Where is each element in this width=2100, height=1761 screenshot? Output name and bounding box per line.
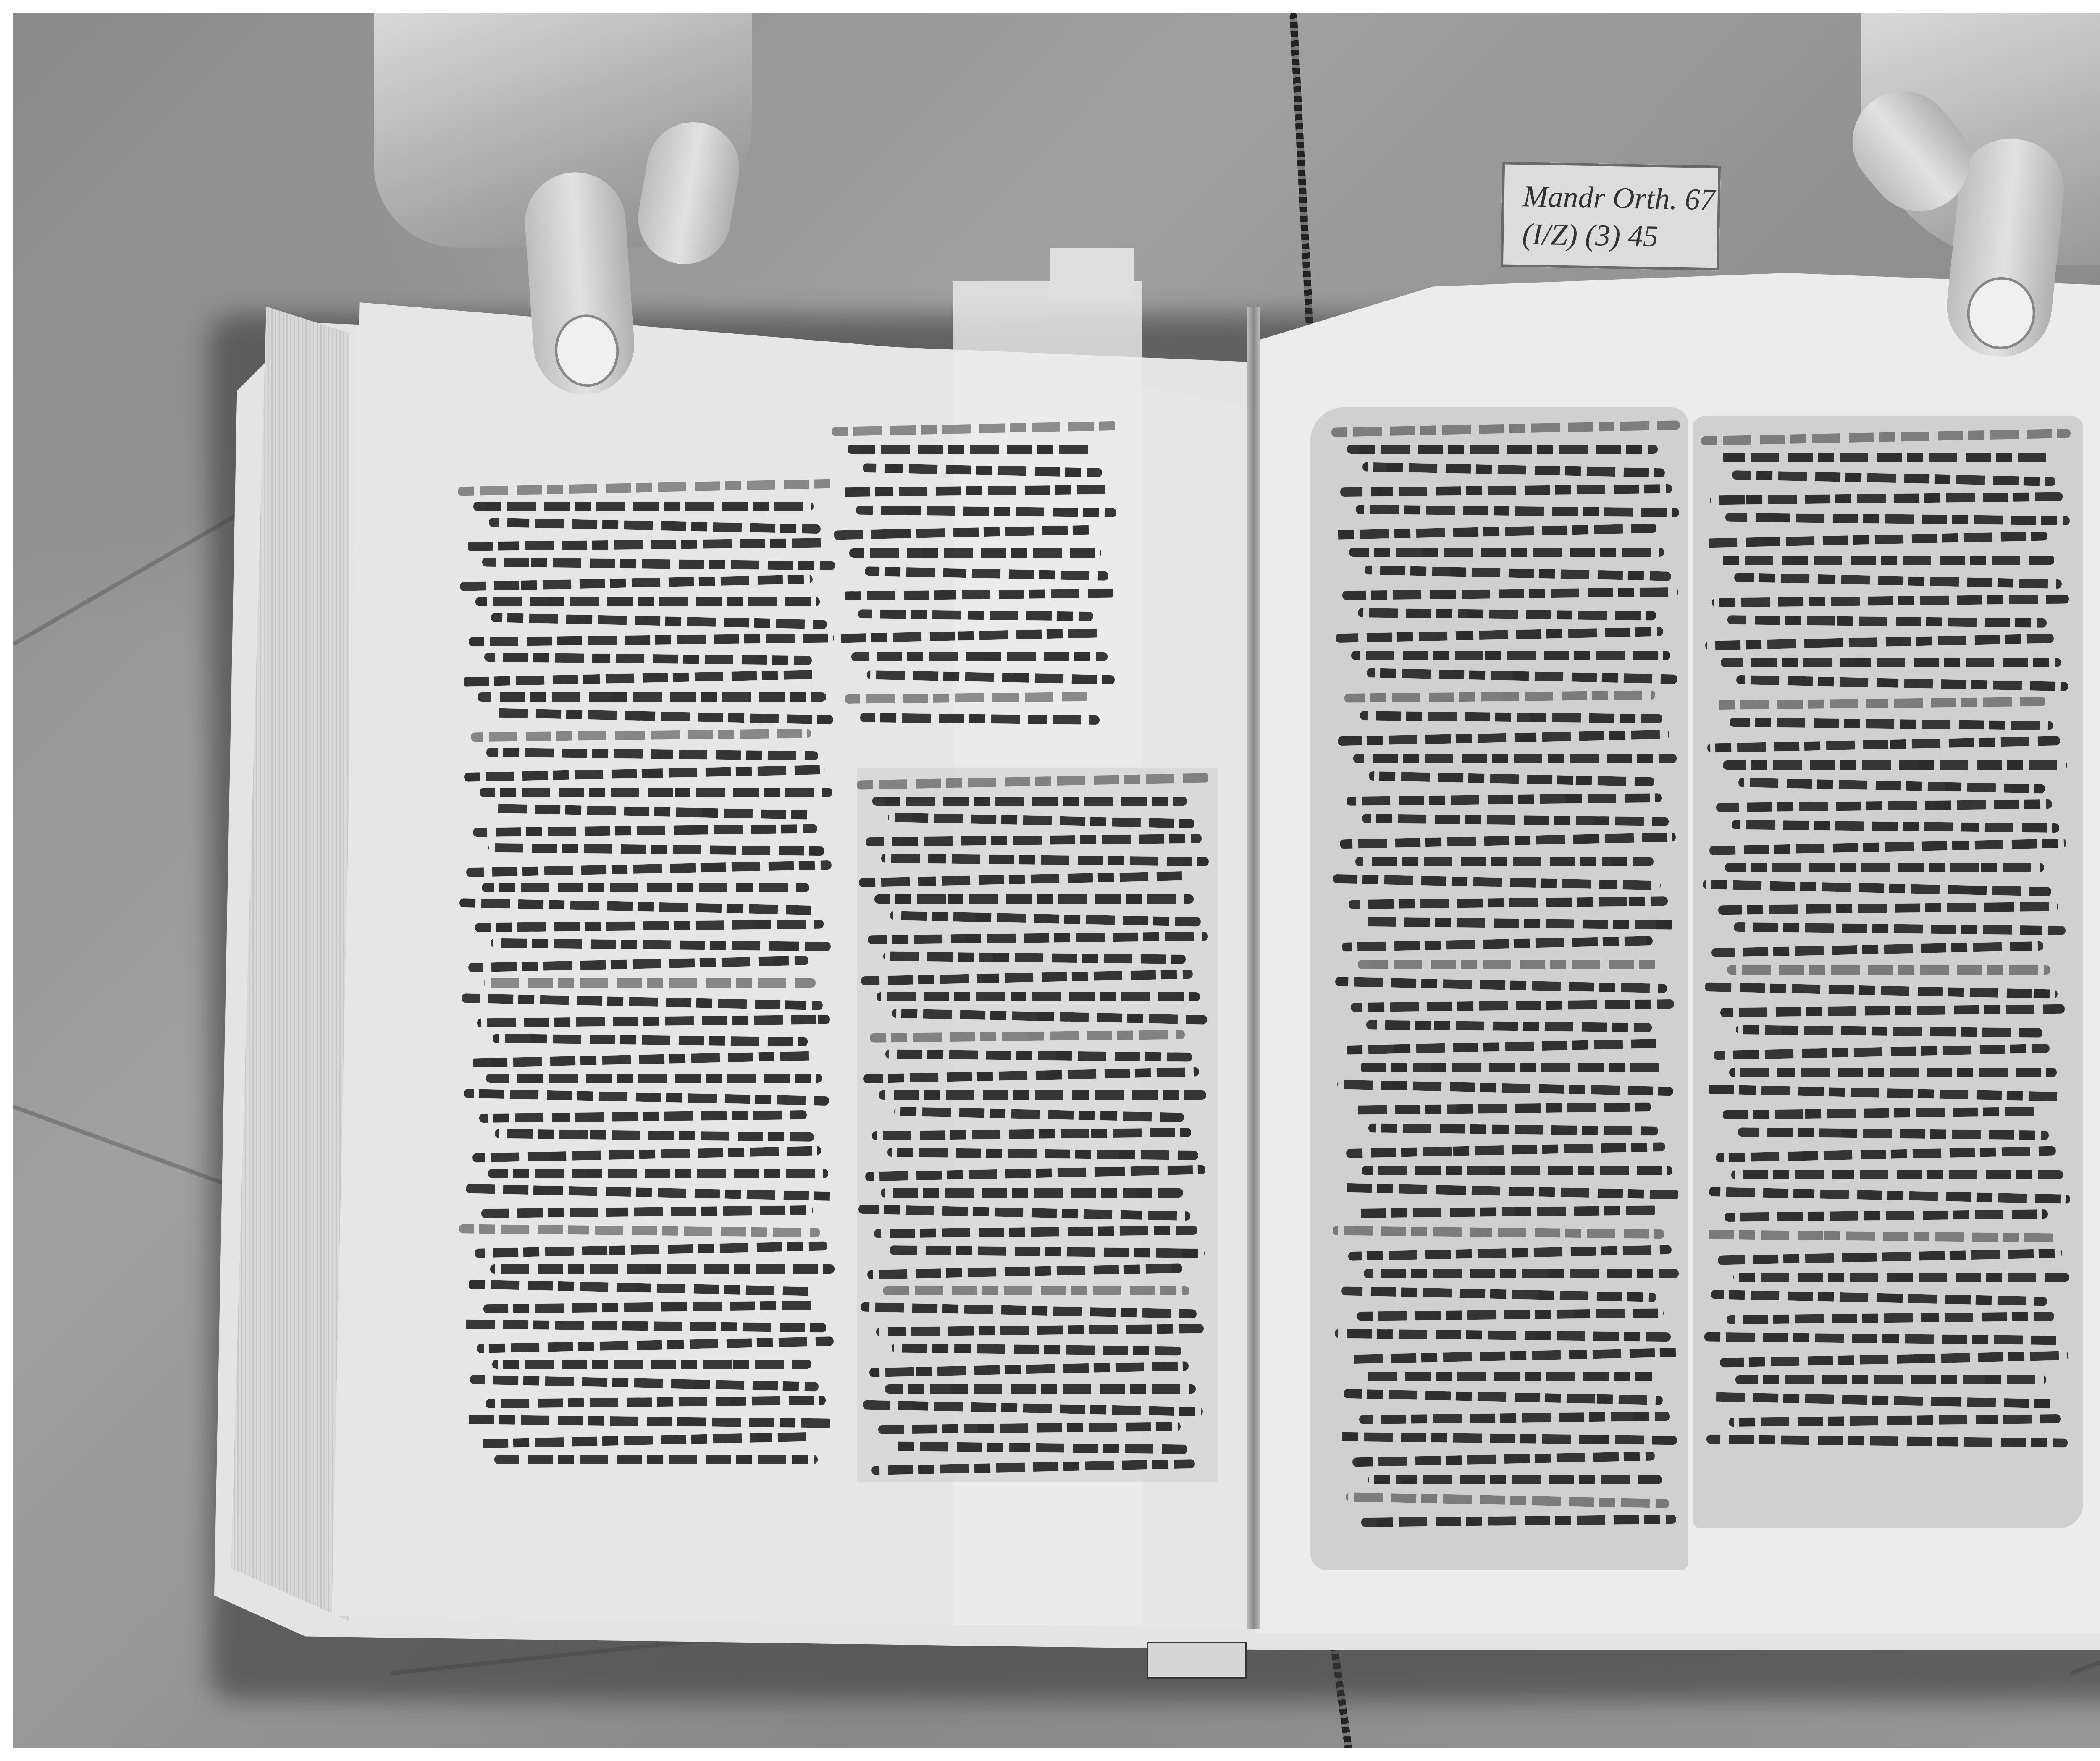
manuscript-text-line — [1368, 1123, 1658, 1135]
manuscript-text-line — [486, 748, 818, 760]
manuscript-text-line — [867, 1263, 1182, 1279]
manuscript-text-line — [894, 1107, 1184, 1122]
manuscript-text-line — [493, 1034, 808, 1046]
manuscript-text-line — [484, 653, 812, 665]
manuscript-text-line — [1712, 595, 2069, 608]
manuscript-text-line — [1338, 730, 1669, 746]
manuscript-text-line — [459, 899, 816, 915]
manuscript-text-line — [1716, 1146, 2056, 1163]
manuscript-text-line — [1364, 1269, 1679, 1278]
manuscript-text-line — [1333, 524, 1657, 540]
manuscript-text-line — [1362, 1166, 1672, 1175]
manuscript-text-line — [1704, 1332, 2061, 1345]
left-thumb-nail — [552, 312, 621, 389]
manuscript-text-line — [858, 1204, 1190, 1221]
book-gutter — [1247, 307, 1260, 1629]
manuscript-text-line — [1347, 793, 1662, 806]
manuscript-text-line — [493, 708, 833, 724]
manuscript-text-line — [1365, 565, 1671, 581]
manuscript-text-line — [1342, 936, 1653, 951]
manuscript-text-line — [856, 506, 1116, 517]
manuscript-text-line — [1359, 1412, 1670, 1424]
manuscript-text-line — [863, 1067, 1199, 1084]
label-line-1: Mandr Orth. 67 — [1522, 179, 1715, 217]
manuscript-text-line — [482, 557, 835, 570]
manuscript-text-line — [1357, 960, 1660, 969]
manuscript-text-line — [472, 1146, 821, 1163]
manuscript-text-line — [890, 1245, 1205, 1258]
manuscript-text-line — [870, 1030, 1185, 1043]
manuscript-text-line — [849, 548, 1101, 558]
manuscript-text-line — [1351, 999, 1674, 1012]
manuscript-text-line — [495, 1129, 814, 1142]
manuscript-text-line — [1725, 513, 2070, 526]
right-thumb-nail — [1963, 274, 2039, 353]
manuscript-text-line — [1718, 902, 2058, 915]
manuscript-text-line — [1718, 1248, 2062, 1265]
manuscript-text-line — [1367, 668, 1677, 684]
manuscript-text-line — [1349, 896, 1668, 909]
manuscript-text-line — [1362, 462, 1665, 478]
manuscript-text-line — [463, 1415, 833, 1428]
paper-tab-top — [1050, 248, 1134, 298]
text-column-right-outer — [1701, 432, 2071, 1457]
manuscript-text-line — [1352, 1451, 1655, 1467]
manuscript-text-line — [1707, 736, 2060, 753]
manuscript-text-line — [888, 813, 1194, 828]
bookmark-string — [1289, 13, 1314, 332]
manuscript-text-line — [877, 992, 1200, 1001]
manuscript-text-line — [480, 788, 832, 797]
manuscript-text-line — [479, 1110, 807, 1123]
manuscript-text-line — [1337, 1432, 1677, 1444]
manuscript-text-line — [863, 1400, 1203, 1417]
manuscript-text-line — [1729, 1068, 2057, 1077]
manuscript-text-line — [834, 525, 1094, 540]
manuscript-text-line — [1730, 718, 2053, 730]
manuscript-text-line — [467, 538, 828, 551]
manuscript-text-line — [1348, 1245, 1672, 1261]
manuscript-text-line — [1719, 556, 2055, 565]
manuscript-text-line — [488, 1169, 828, 1178]
text-column-right-inner — [1331, 424, 1680, 1537]
manuscript-text-line — [1360, 1063, 1666, 1072]
manuscript-text-line — [847, 445, 1095, 454]
manuscript-text-line — [1335, 977, 1667, 993]
manuscript-text-line — [468, 1280, 812, 1296]
manuscript-text-line — [1709, 1187, 2070, 1204]
manuscript-text-line — [462, 993, 823, 1010]
manuscript-text-line — [879, 1090, 1206, 1100]
label-line-2: (I/Z) (3) 45 — [1522, 217, 1658, 254]
manuscript-text-line — [1705, 634, 2054, 650]
manuscript-text-line — [1341, 1286, 1656, 1302]
manuscript-text-line — [1344, 690, 1655, 703]
manuscript-text-line — [1705, 982, 2058, 999]
manuscript-text-line — [1333, 874, 1661, 890]
manuscript-text-line — [1340, 833, 1676, 849]
manuscript-text-line — [1347, 445, 1658, 454]
manuscript-text-line — [865, 566, 1108, 581]
manuscript-text-line — [464, 1089, 829, 1106]
manuscript-text-line — [1703, 880, 2051, 896]
manuscript-text-line — [491, 938, 831, 951]
manuscript-text-line — [477, 1014, 830, 1027]
manuscript-text-line — [1336, 627, 1663, 643]
manuscript-text-line — [1720, 1004, 2065, 1017]
manuscript-text-line — [489, 517, 821, 534]
manuscript-text-line — [861, 969, 1193, 985]
manuscript-text-line — [1335, 1329, 1671, 1342]
manuscript-text-line — [1732, 820, 2059, 833]
manuscript-text-line — [1725, 863, 2044, 872]
manuscript-text-line — [1355, 857, 1654, 866]
manuscript-text-line — [840, 485, 1109, 497]
manuscript-text-line — [1725, 1209, 2048, 1222]
catalogue-label: Mandr Orth. 67 (I/Z) (3) 45 — [1501, 162, 1721, 270]
manuscript-text-line — [867, 670, 1115, 684]
manuscript-text-line — [495, 804, 810, 820]
manuscript-text-line — [1729, 1414, 2061, 1427]
manuscript-text-line — [883, 951, 1186, 964]
manuscript-text-line — [1734, 572, 2062, 588]
manuscript-text-line — [1357, 1308, 1664, 1321]
manuscript-text-line — [872, 1128, 1191, 1140]
manuscript-text-line — [1339, 1183, 1680, 1199]
manuscript-text-line — [459, 1224, 820, 1237]
manuscript-text-line — [1366, 1372, 1656, 1381]
manuscript-text-line — [868, 932, 1208, 944]
manuscript-text-line — [491, 613, 827, 629]
manuscript-text-line — [878, 1422, 1181, 1434]
text-column-left-outer — [458, 483, 836, 1474]
manuscript-text-line — [473, 502, 814, 511]
manuscript-text-line — [1735, 1375, 2046, 1384]
manuscript-text-line — [871, 1459, 1195, 1475]
manuscript-text-line — [1733, 1273, 2069, 1282]
manuscript-text-line — [470, 1375, 819, 1391]
manuscript-text-line — [1364, 917, 1675, 930]
manuscript-text-line — [894, 1441, 1188, 1454]
manuscript-text-line — [869, 1361, 1189, 1377]
manuscript-text-line — [490, 1264, 835, 1274]
manuscript-text-line — [845, 692, 1092, 704]
manuscript-text-line — [481, 1205, 813, 1218]
manuscript-text-line — [860, 713, 1100, 725]
manuscript-text-line — [492, 1360, 811, 1369]
manuscript-text-line — [1738, 1127, 2049, 1140]
left-thumb — [522, 169, 638, 398]
manuscript-text-line — [464, 765, 825, 782]
manuscript-text-line — [887, 1148, 1198, 1160]
manuscript-text-line — [1711, 941, 2043, 958]
photograph: Mandr Orth. 67 (I/Z) (3) 45 — [13, 13, 2100, 1748]
manuscript-text-line — [477, 1336, 834, 1353]
manuscript-text-line — [473, 824, 817, 837]
manuscript-text-line — [892, 1009, 1207, 1025]
manuscript-text-line — [1722, 1107, 2042, 1119]
manuscript-text-line — [494, 1455, 818, 1464]
manuscript-text-line — [1731, 1170, 2063, 1179]
manuscript-text-line — [1337, 1080, 1673, 1096]
manuscript-text-line — [1346, 1492, 1669, 1508]
manuscript-text-line — [885, 1384, 1196, 1394]
manuscript-text-line — [1721, 658, 2061, 667]
manuscript-text-line — [1353, 754, 1677, 763]
manuscript-text-line — [1366, 1020, 1652, 1032]
manuscript-text-line — [1714, 697, 2046, 710]
manuscript-text-line — [1706, 1435, 2068, 1448]
manuscript-text-line — [881, 1188, 1183, 1198]
manuscript-text-line — [470, 1051, 815, 1067]
manuscript-text-line — [1355, 1205, 1657, 1218]
manuscript-text-line — [462, 670, 819, 687]
manuscript-text-line — [843, 588, 1116, 600]
manuscript-text-line — [468, 956, 808, 972]
manuscript-text-line — [1714, 1044, 2050, 1060]
manuscript-text-line — [1703, 531, 2047, 548]
manuscript-text-line — [890, 911, 1201, 926]
manuscript-text-line — [1350, 1348, 1678, 1364]
manuscript-text-line — [836, 629, 1100, 643]
manuscript-text-line — [1713, 1392, 2053, 1408]
manuscript-text-line — [1709, 839, 2066, 855]
manuscript-text-line — [478, 692, 826, 702]
manuscript-text-line — [1720, 1351, 2068, 1367]
manuscript-text-line — [876, 1324, 1204, 1336]
manuscript-text-line — [1361, 1515, 1676, 1527]
manuscript-text-line — [475, 1242, 827, 1258]
manuscript-text-line — [1734, 922, 2066, 935]
manuscript-text-line — [484, 978, 816, 988]
manuscript-text-line — [483, 1300, 819, 1313]
manuscript-text-line — [1356, 505, 1679, 517]
manuscript-text-line — [866, 834, 1202, 846]
manuscript-text-line — [479, 1432, 811, 1449]
manuscript-text-line — [1702, 1230, 2055, 1243]
manuscript-text-line — [858, 609, 1093, 621]
manuscript-text-line — [874, 1226, 1197, 1238]
manuscript-text-line — [883, 1286, 1189, 1295]
manuscript-text-line — [1738, 778, 2045, 793]
manuscript-text-line — [1727, 1312, 2054, 1324]
manuscript-text-line — [1707, 1085, 2064, 1101]
manuscript-text-line — [1732, 470, 2055, 486]
manuscript-text-line — [1736, 1025, 2042, 1038]
manuscript-text-line — [488, 843, 824, 856]
manuscript-text-line — [1362, 814, 1669, 827]
manuscript-text-line — [1711, 1289, 2047, 1306]
manuscript-text-line — [1344, 1039, 1659, 1055]
manuscript-text-line — [1344, 1389, 1663, 1405]
manuscript-text-line — [475, 597, 820, 606]
manuscript-text-line — [851, 652, 1108, 661]
manuscript-text-line — [461, 1319, 827, 1332]
manuscript-text-line — [861, 1302, 1197, 1319]
manuscript-text-line — [1369, 771, 1654, 786]
manuscript-text-line — [881, 854, 1209, 866]
manuscript-text-line — [1346, 1142, 1665, 1158]
manuscript-text-line — [885, 1050, 1192, 1062]
manuscript-text-line — [1723, 760, 2067, 770]
manuscript-text-line — [1727, 965, 2050, 975]
manuscript-text-line — [466, 860, 832, 877]
manuscript-text-line — [466, 1184, 835, 1201]
manuscript-text-line — [1353, 1103, 1651, 1115]
text-column-left-inner-lower — [857, 777, 1210, 1482]
manuscript-text-line — [892, 1344, 1181, 1356]
manuscript-text-line — [1358, 608, 1656, 620]
manuscript-text-line — [1360, 711, 1662, 723]
manuscript-text-line — [469, 634, 834, 647]
manuscript-text-line — [482, 883, 809, 892]
manuscript-text-line — [1342, 587, 1678, 600]
manuscript-text-line — [1710, 492, 2063, 505]
manuscript-text-line — [1716, 799, 2052, 812]
manuscript-text-line — [1368, 1475, 1662, 1484]
manuscript-text-line — [874, 894, 1194, 904]
manuscript-text-line — [1349, 548, 1664, 557]
manuscript-text-line — [475, 919, 824, 932]
manuscript-text-line — [1340, 484, 1672, 497]
manuscript-text-line — [1717, 453, 2048, 462]
text-column-left-inner-upper — [832, 424, 1117, 735]
manuscript-text-line — [486, 1074, 822, 1083]
manuscript-text-line — [1736, 675, 2068, 691]
manuscript-text-line — [859, 871, 1186, 887]
spine-tab-bottom — [1147, 1642, 1247, 1679]
manuscript-text-line — [486, 1396, 826, 1408]
manuscript-text-line — [471, 729, 811, 742]
manuscript-text-line — [460, 574, 813, 591]
manuscript-text-line — [863, 463, 1102, 477]
manuscript-text-line — [1351, 651, 1670, 660]
manuscript-text-line — [872, 797, 1187, 806]
manuscript-text-line — [1727, 615, 2047, 628]
manuscript-text-line — [1333, 1226, 1664, 1239]
manuscript-text-line — [865, 1165, 1205, 1182]
